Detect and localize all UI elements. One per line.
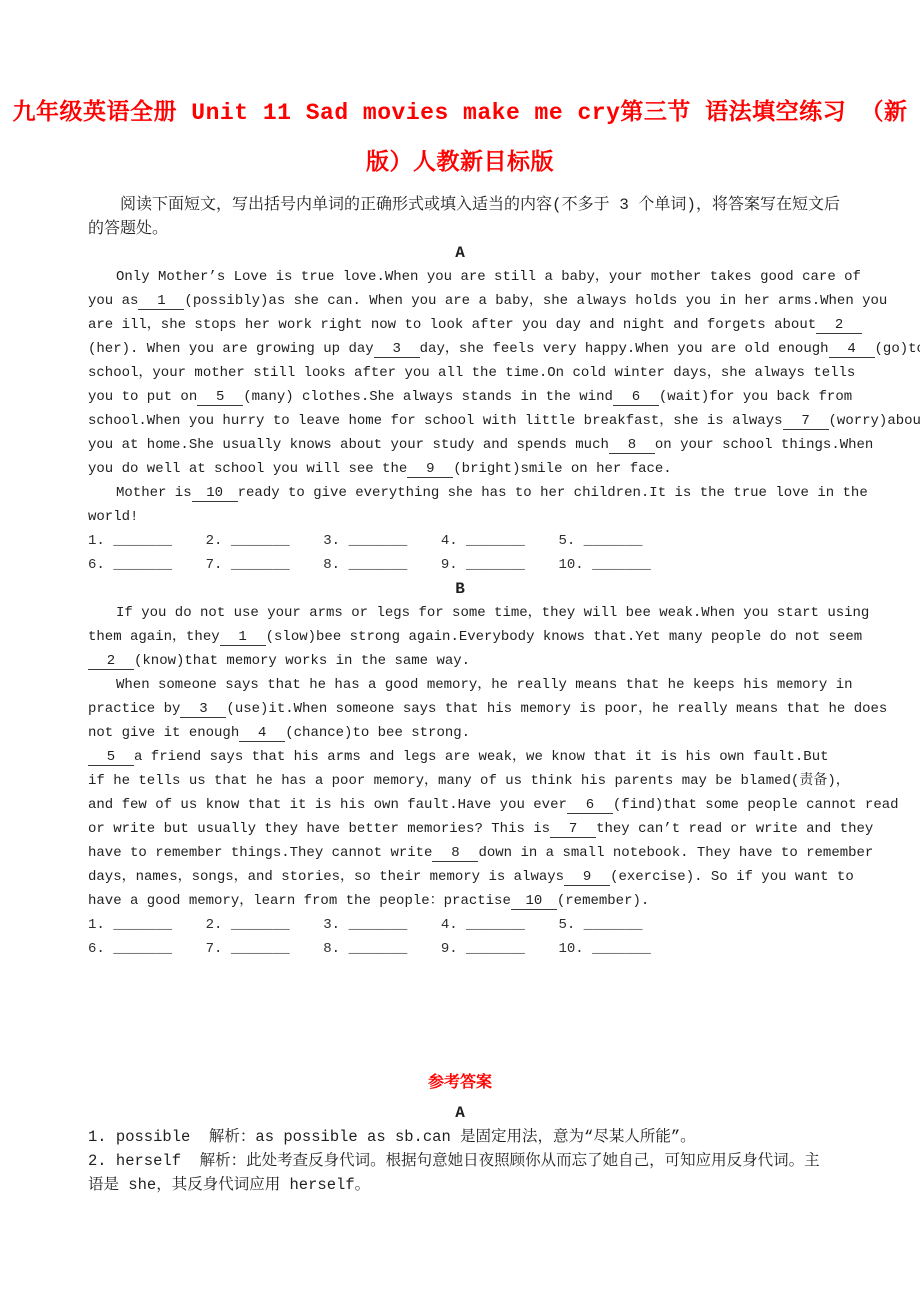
passage-line: you as1(possibly)as she can. When you ar…	[88, 289, 908, 313]
instruction-line: 阅读下面短文，写出括号内单词的正确形式或填入适当的内容(不多于 3 个单词)，将…	[88, 193, 908, 217]
passage-line: them again，they1(slow)bee strong again.E…	[88, 625, 908, 649]
answer-key-line: 语是 she，其反身代词应用 herself。	[88, 1173, 908, 1197]
fill-blank-3: 3	[374, 341, 420, 358]
answer-key-title: 参考答案	[0, 1071, 920, 1095]
passage-line: world!	[88, 505, 908, 529]
fill-blank-2: 2	[88, 653, 134, 670]
fill-blank-7: 7	[783, 413, 829, 430]
instruction-line: 的答题处。	[88, 217, 908, 241]
document-page: 九年级英语全册 Unit 11 Sad movies make me cry第三…	[0, 0, 920, 1302]
instructions: 阅读下面短文，写出括号内单词的正确形式或填入适当的内容(不多于 3 个单词)，将…	[88, 193, 908, 241]
passage-line: Only Mother’s Love is true love.When you…	[88, 265, 908, 289]
fill-blank-3: 3	[180, 701, 226, 718]
fill-blank-7: 7	[550, 821, 596, 838]
fill-blank-9: 9	[564, 869, 610, 886]
fill-blank-5: 5	[88, 749, 134, 766]
title-line: 版）人教新目标版	[0, 138, 920, 188]
fill-blank-6: 6	[567, 797, 613, 814]
passage-line: not give it enough4(chance)to bee strong…	[88, 721, 908, 745]
passage-line: (her). When you are growing up day3day，s…	[88, 337, 908, 361]
passage-line: 2(know)that memory works in the same way…	[88, 649, 908, 673]
passage-line: if he tells us that he has a poor memory…	[88, 769, 908, 793]
passage-line: you at home.She usually knows about your…	[88, 433, 908, 457]
fill-blank-1: 1	[220, 629, 266, 646]
fill-blank-2: 2	[816, 317, 862, 334]
answer-key-line: 1. possible 解析：as possible as sb.can 是固定…	[88, 1125, 908, 1149]
fill-blank-5: 5	[197, 389, 243, 406]
answer-blanks-row: 1. _______ 2. _______ 3. _______ 4. ____…	[88, 529, 908, 553]
passage-line: are ill，she stops her work right now to …	[88, 313, 908, 337]
fill-blank-1: 1	[138, 293, 184, 310]
passage-line: have to remember things.They cannot writ…	[88, 841, 908, 865]
fill-blank-8: 8	[432, 845, 478, 862]
answer-key-lines: 1. possible 解析：as possible as sb.can 是固定…	[88, 1125, 908, 1197]
passage-line: When someone says that he has a good mem…	[88, 673, 908, 697]
fill-blank-6: 6	[613, 389, 659, 406]
passage-line: have a good memory，learn from the people…	[88, 889, 908, 913]
answer-blanks-row: 6. _______ 7. _______ 8. _______ 9. ____…	[88, 553, 908, 577]
answer-blanks-b: 1. _______ 2. _______ 3. _______ 4. ____…	[88, 913, 908, 961]
passage-line: school，your mother still looks after you…	[88, 361, 908, 385]
fill-blank-8: 8	[609, 437, 655, 454]
answer-key-section-a-heading: A	[0, 1101, 920, 1125]
passage-line: school.When you hurry to leave home for …	[88, 409, 908, 433]
fill-blank-10: 10	[511, 893, 557, 910]
fill-blank-10: 10	[192, 485, 238, 502]
answer-key-line: 2. herself 解析：此处考查反身代词。根据句意她日夜照顾你从而忘了她自己…	[88, 1149, 908, 1173]
passage-line: Mother is10ready to give everything she …	[88, 481, 908, 505]
document-title: 九年级英语全册 Unit 11 Sad movies make me cry第三…	[0, 88, 920, 188]
passage-line: or write but usually they have better me…	[88, 817, 908, 841]
passage-line: days，names，songs，and stories，so their me…	[88, 865, 908, 889]
fill-blank-4: 4	[829, 341, 875, 358]
section-a-heading: A	[0, 241, 920, 265]
passage-line: practice by3(use)it.When someone says th…	[88, 697, 908, 721]
section-b-heading: B	[0, 577, 920, 601]
answer-blanks-a: 1. _______ 2. _______ 3. _______ 4. ____…	[88, 529, 908, 577]
passage-line: you do well at school you will see the9(…	[88, 457, 908, 481]
answer-blanks-row: 1. _______ 2. _______ 3. _______ 4. ____…	[88, 913, 908, 937]
passage-line: 5a friend says that his arms and legs ar…	[88, 745, 908, 769]
fill-blank-4: 4	[239, 725, 285, 742]
passage-b: If you do not use your arms or legs for …	[88, 601, 908, 913]
passage-line: you to put on5(many) clothes.She always …	[88, 385, 908, 409]
passage-a: Only Mother’s Love is true love.When you…	[88, 265, 908, 529]
answer-blanks-row: 6. _______ 7. _______ 8. _______ 9. ____…	[88, 937, 908, 961]
fill-blank-9: 9	[407, 461, 453, 478]
passage-line: If you do not use your arms or legs for …	[88, 601, 908, 625]
passage-line: and few of us know that it is his own fa…	[88, 793, 908, 817]
title-line: 九年级英语全册 Unit 11 Sad movies make me cry第三…	[0, 88, 920, 138]
